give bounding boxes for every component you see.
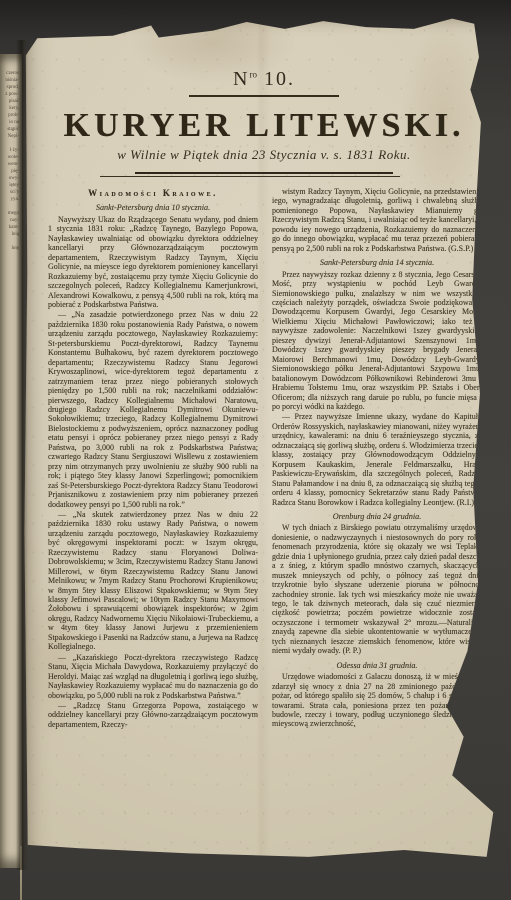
- column-left: Wiadomości Kraiowe. Sankt-Petersburg dni…: [48, 187, 258, 835]
- article-paragraph: W tych dniach z Birskiego powiatu otrzym…: [272, 523, 480, 655]
- masthead-dateline: w Wilnie w Piątek dnia 23 Stycznia v. s.…: [48, 147, 480, 163]
- masthead: Nro 10. KURYER LITEWSKI. w Wilnie w Piąt…: [48, 16, 480, 177]
- masthead-divider-thin: [100, 176, 400, 177]
- issue-number-n: N: [233, 68, 249, 90]
- article-dateline: Odessa dnia 31 grudnia.: [272, 661, 480, 670]
- issue-rule: [189, 95, 339, 97]
- newspaper-title: KURYER LITEWSKI.: [48, 107, 480, 145]
- section-heading: Wiadomości Kraiowe.: [48, 189, 258, 198]
- article-paragraph: wistym Radzcy Taynym, Xięciu Golicynie, …: [272, 187, 480, 253]
- scanner-bed: czeros niśnia- sprod, z pow- pisać kery,…: [0, 0, 511, 900]
- newspaper-page: Nro 10. KURYER LITEWSKI. w Wilnie w Piąt…: [22, 16, 500, 874]
- article-dateline: Sankt-Petersburg dnia 14 stycznia.: [272, 258, 480, 267]
- issue-number-value: 10.: [264, 68, 295, 90]
- article-dateline: Sankt-Petersburg dnia 10 stycznia.: [48, 203, 258, 212]
- issue-number-superscript: ro: [249, 69, 257, 79]
- article-paragraph: — Przez naywyższe Imienne ukazy, wydane …: [272, 412, 480, 507]
- article-paragraph: — „Na zasadzie potwierdzonego przez Nas …: [48, 310, 258, 509]
- article-paragraph: Przez naywyższy rozkaz dzienny z 8 stycz…: [272, 270, 480, 412]
- article-paragraph: — „Kazańskiego Poczt-dyrektora rzeczywis…: [48, 653, 258, 700]
- article-paragraph: — „Na skutek zatwierdzoney przez Nas w d…: [48, 510, 258, 652]
- adjacent-page-strip: czeros niśnia- sprod, z pow- pisać kery,…: [0, 54, 22, 868]
- article-dateline: Orenburg dnia 24 grudnia.: [272, 512, 480, 521]
- adjacent-page-text-fragments: czeros niśnia- sprod, z pow- pisać kery,…: [0, 54, 22, 252]
- article-paragraph: — „Radzcę Stanu Grzegorza Popowa, zostai…: [48, 701, 258, 729]
- article-paragraph: Urzędowe wiadomości z Galaczu donoszą, i…: [272, 672, 480, 729]
- masthead-divider-thick: [135, 172, 393, 175]
- article-paragraph: Naywyższy Ukaz do Rządzącego Senatu wyda…: [48, 215, 258, 310]
- column-right: wistym Radzcy Taynym, Xięciu Golicynie, …: [272, 187, 480, 835]
- article-columns: Wiadomości Kraiowe. Sankt-Petersburg dni…: [48, 187, 480, 835]
- issue-number: Nro 10.: [48, 68, 480, 91]
- spine-edge-line: [20, 846, 22, 900]
